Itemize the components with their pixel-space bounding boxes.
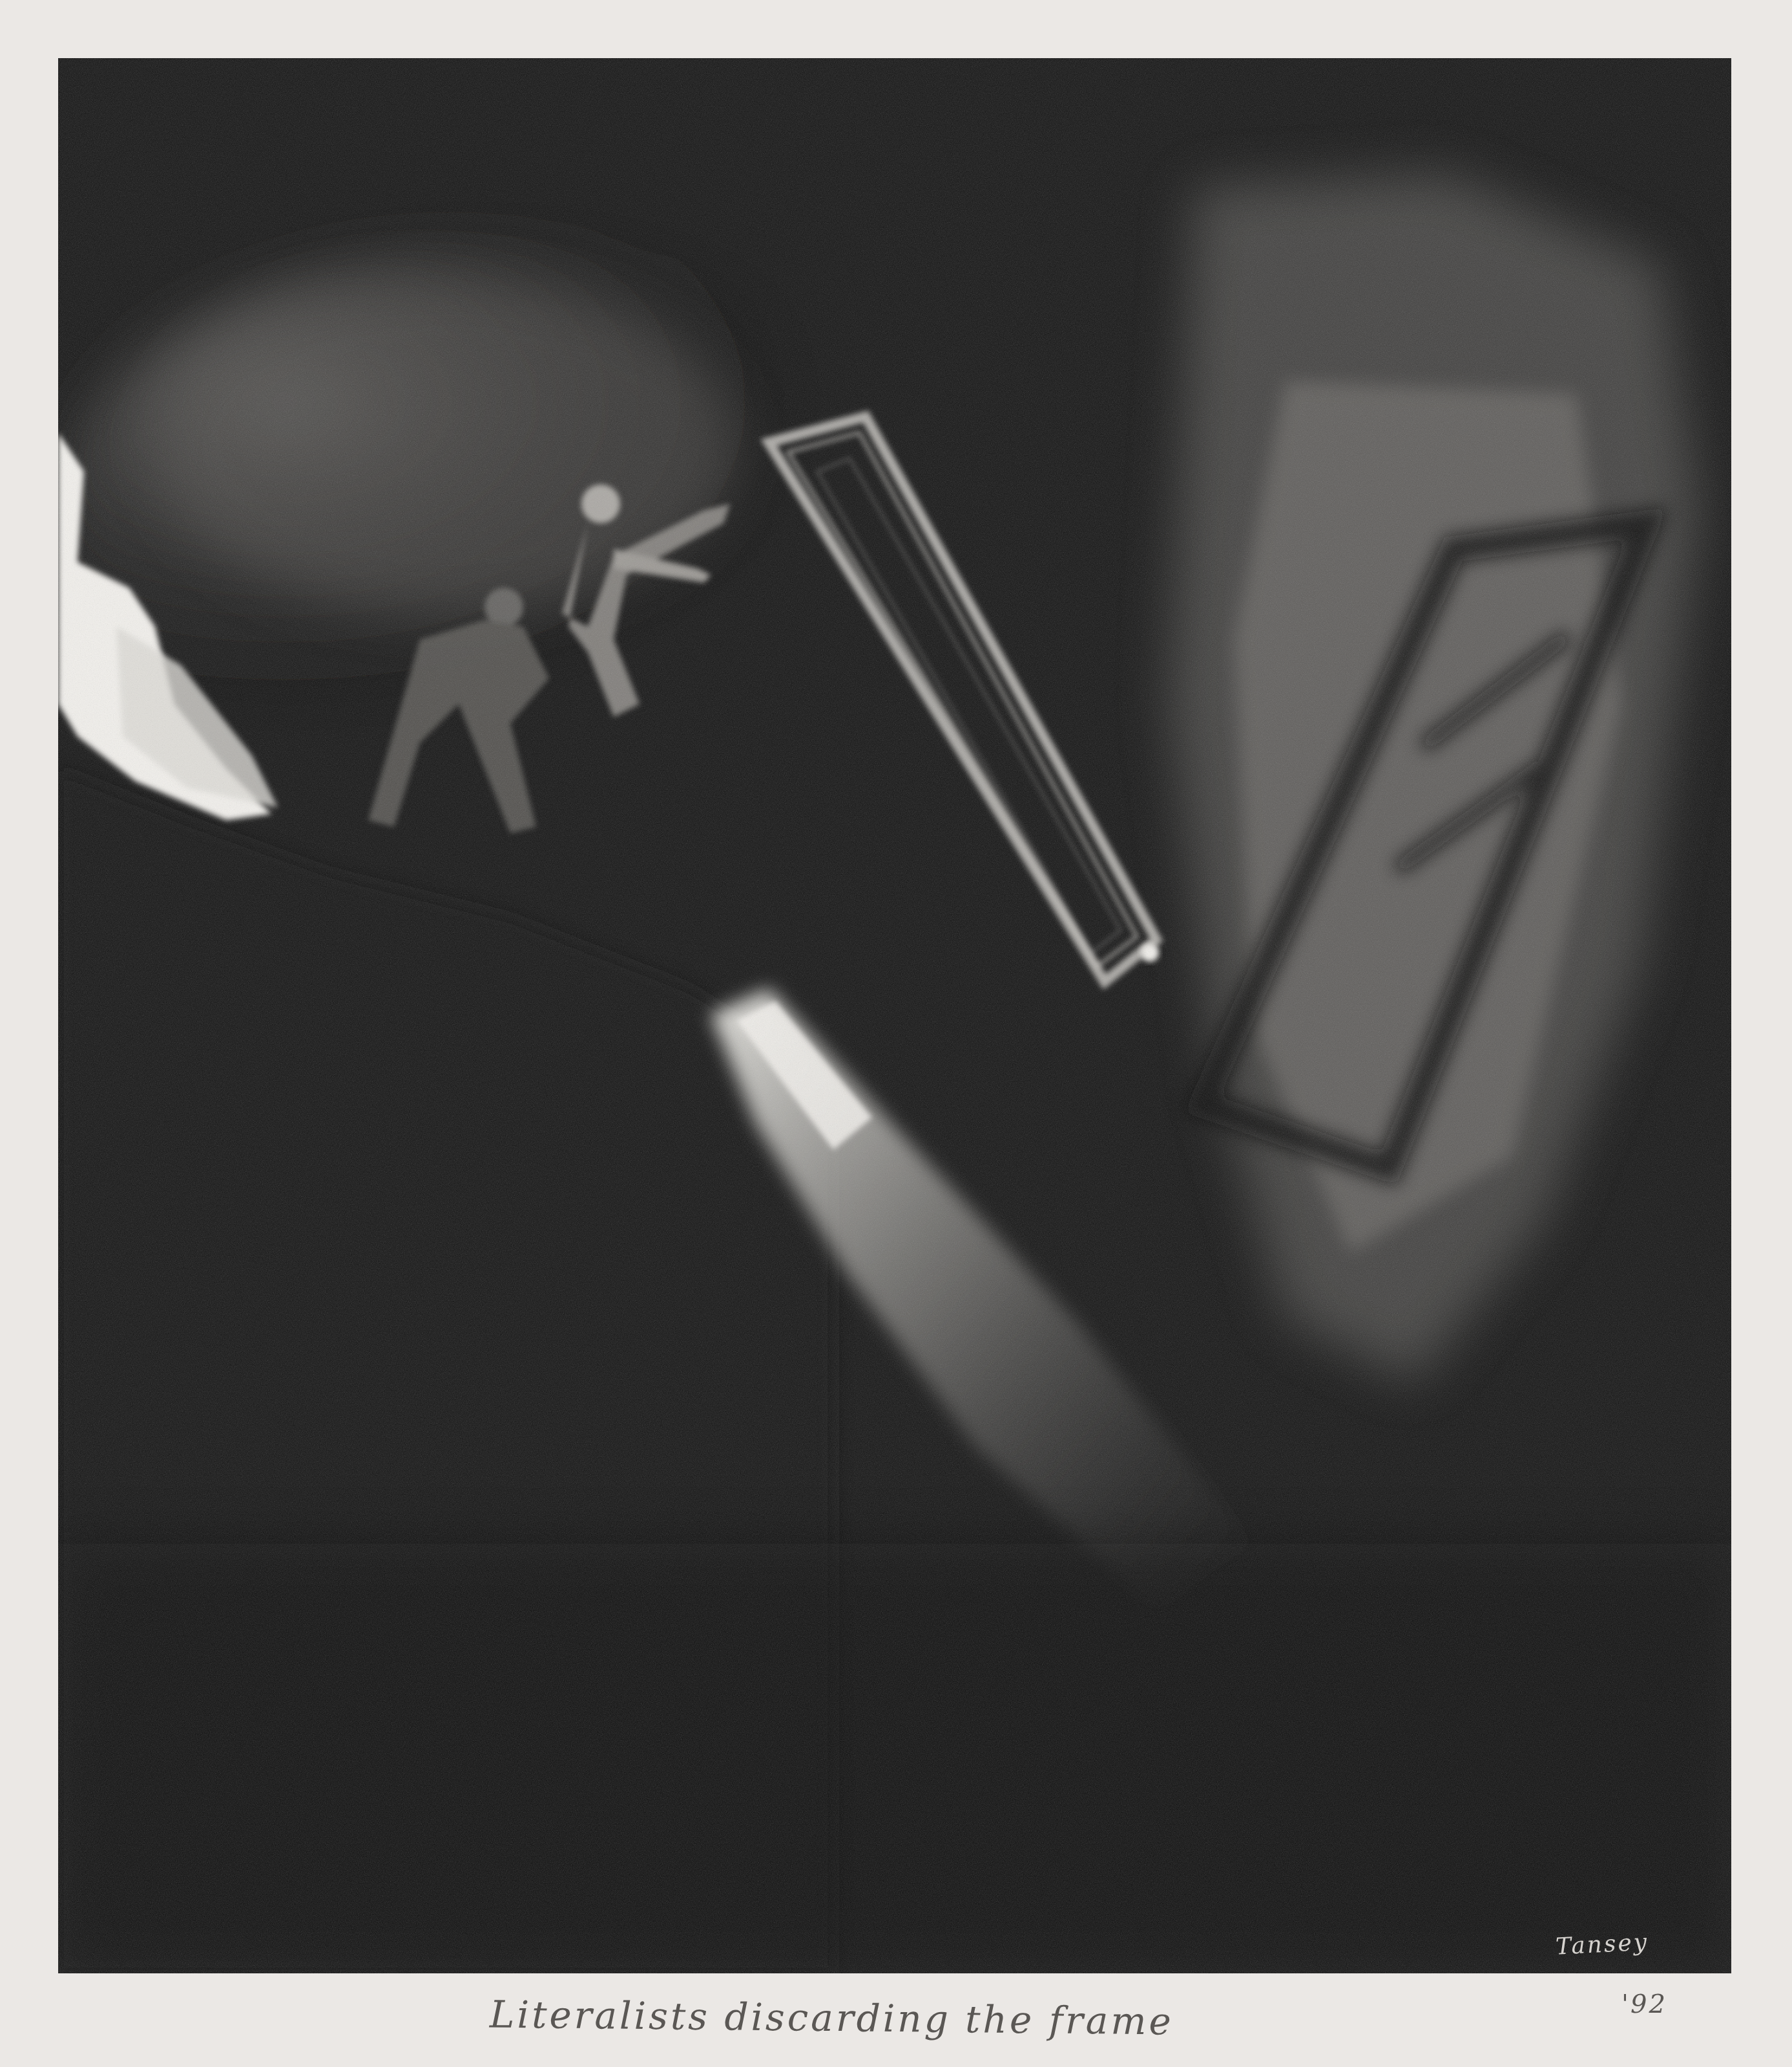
artwork-year: '92 bbox=[1621, 1989, 1667, 2019]
artwork-caption: Literalists discarding the frame bbox=[490, 1992, 1174, 2043]
artist-signature: Tansey bbox=[1555, 1929, 1649, 1960]
artwork-plate bbox=[58, 58, 1731, 1973]
artwork-scene bbox=[58, 58, 1731, 1973]
